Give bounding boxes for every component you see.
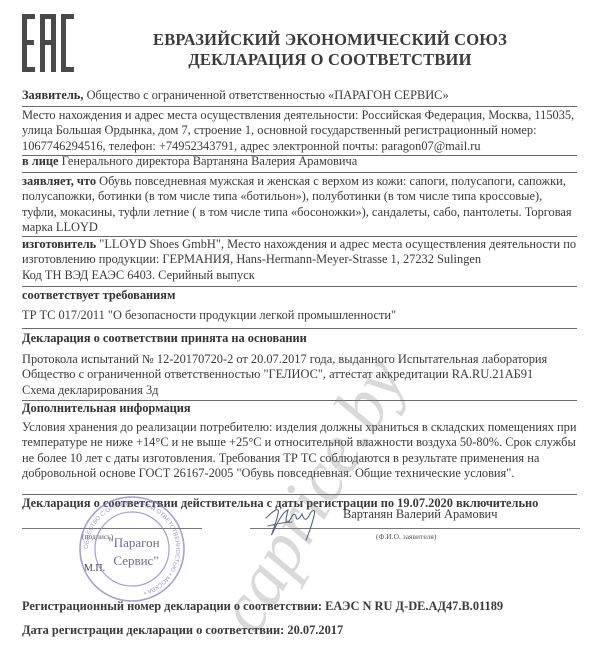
basis-block: Протокола испытаний № 12-20170720-2 от 2… (22, 352, 577, 398)
additional-block: Условия хранения до реализации потребите… (22, 420, 577, 481)
registration-number: Регистрационный номер декларации о соотв… (22, 599, 503, 614)
union-title: ЕВРАЗИЙСКИЙ ЭКОНОМИЧЕСКИЙ СОЮЗ (100, 30, 560, 50)
applicant-value: Общество с ограниченной ответственностью… (83, 88, 448, 102)
represented-value: Генерального директора Вартаняна Валерия… (59, 154, 358, 168)
declares-value: Обувь повседневная мужская и женская с в… (22, 174, 572, 234)
applicant-row: Заявитель, Общество с ограниченной ответ… (22, 88, 577, 103)
additional-label: Дополнительная информация (22, 401, 191, 415)
svg-text:"Парагон: "Парагон (108, 535, 159, 550)
declares-block: заявляет, что Обувь повседневная мужская… (22, 174, 577, 235)
hs-code: Код ТН ВЭД ЕАЭС 6403. Серийный выпуск (22, 268, 255, 282)
svg-text:Сервис": Сервис" (113, 553, 158, 568)
address-block: Место нахождения и адрес места осуществл… (22, 108, 577, 154)
stamp-seal-icon: ОБЩЕСТВО С ОГРАНИЧЕННОЙ ОТВЕТСТВЕННОСТЬЮ… (78, 495, 186, 603)
represented-label: в лице (22, 154, 59, 168)
declares-label: заявляет, что (22, 174, 96, 188)
company-stamp: ОБЩЕСТВО С ОГРАНИЧЕННОЙ ОТВЕТСТВЕННОСТЬЮ… (78, 495, 186, 603)
eac-mark-icon (22, 14, 74, 72)
basis-value: Протокола испытаний № 12-20170720-2 от 2… (22, 352, 547, 381)
applicant-name: Вартанян Валерий Арамович (343, 507, 583, 522)
basis-scheme: Схема декларирования 3д (22, 383, 158, 397)
represented-row: в лице Генерального директора Вартаняна … (22, 154, 577, 169)
conforms-label: соответствует требованиям (22, 288, 577, 303)
manufacturer-label: изготовитель (22, 237, 96, 251)
basis-heading: Декларация о соответствии принята на осн… (22, 331, 577, 346)
conforms-heading: соответствует требованиям (22, 288, 175, 302)
divider (22, 106, 577, 107)
registration-date: Дата регистрации декларации о соответств… (22, 623, 343, 638)
additional-heading: Дополнительная информация (22, 401, 577, 416)
conforms-value: ТР ТС 017/2011 "О безопасности продукции… (22, 308, 577, 323)
divider (22, 328, 577, 329)
manufacturer-value: "LLOYD Shoes GmbH", Место нахождения и а… (22, 237, 576, 266)
document-title: ДЕКЛАРАЦИЯ О СООТВЕТСТВИИ (100, 50, 560, 70)
basis-label: Декларация о соответствии принята на осн… (22, 331, 307, 345)
divider (22, 286, 577, 287)
eac-logo (22, 14, 74, 72)
manufacturer-block: изготовитель "LLOYD Shoes GmbH", Место н… (22, 237, 577, 283)
divider (22, 172, 577, 173)
name-caption: (Ф.И.О. заявителя) (376, 532, 436, 541)
applicant-label: Заявитель, (22, 88, 83, 102)
handwritten-signature-icon (262, 500, 332, 542)
